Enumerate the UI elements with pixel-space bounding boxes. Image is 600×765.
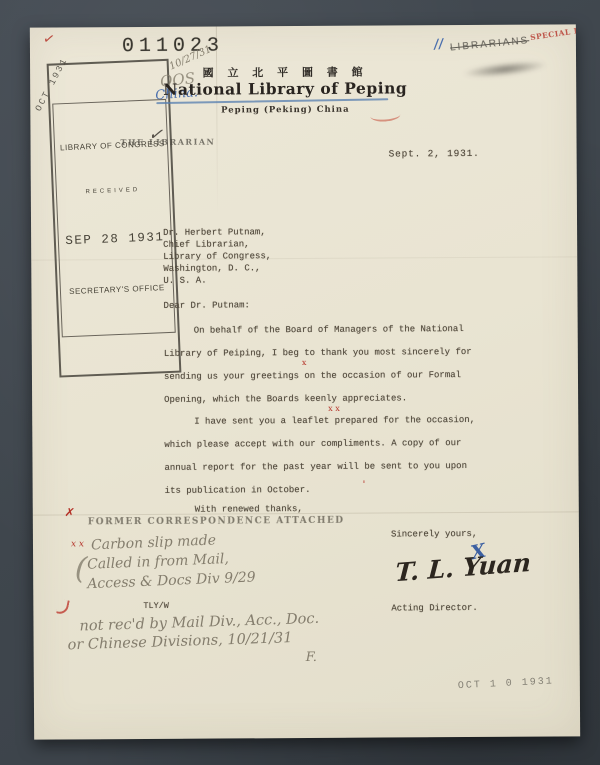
letter-date: Sept. 2, 1931.: [389, 148, 480, 160]
oct-bottom-date-stamp: OCT 1 0 1931: [458, 676, 554, 692]
the-librarian-label: THE LIBRARIAN: [121, 137, 216, 148]
closing-salutation: Sincerely yours,: [391, 529, 477, 540]
red-checkmark: ✓: [41, 31, 56, 49]
loc-stamp-line4: SECRETARY'S OFFICE: [66, 283, 168, 296]
body-line: I have sent you a leaflet prepared for t…: [194, 415, 475, 427]
recipient-line: Dr. Herbert Putnam,: [163, 227, 266, 238]
librarian-check-mark: ✓: [148, 124, 164, 145]
special-file-stamp: SPECIAL FILE: [530, 24, 581, 42]
handwritten-signature: T. L. Yuan: [394, 548, 531, 588]
salutation: Dear Dr. Putnam:: [164, 300, 250, 311]
body-line: Library of Peiping, I beg to thank you m…: [164, 347, 472, 359]
recipient-line: Chief Librarian,: [163, 239, 249, 250]
former-correspondence-stamp: FORMER CORRESPONDENCE ATTACHED: [88, 516, 345, 528]
carbon-note-line: Carbon slip made: [91, 532, 217, 553]
loc-stamp-line3: SEP 28 1931: [64, 230, 166, 248]
body-line: its publication in October.: [165, 485, 311, 496]
body-line: On behalf of the Board of Managers of th…: [194, 324, 464, 336]
letter-page: ✓ OCT 1931 011023 LIBRARY OF CONGRESS RE…: [30, 24, 580, 739]
red-xx-proofmark: x x: [328, 404, 340, 413]
red-x-margin-mark: ✗: [64, 505, 76, 520]
recipient-line: Library of Congress,: [163, 251, 271, 262]
recipient-line: U. S. A.: [163, 276, 206, 286]
typist-initials: TLY/W: [143, 601, 169, 611]
body-line: sending us your greetings on the occasio…: [164, 370, 461, 382]
ink-smudge: [462, 58, 549, 80]
recipient-line: Washington, D. C.,: [163, 263, 260, 274]
body-line: Opening, which the Boards keenly appreci…: [164, 393, 407, 404]
signer-title: Acting Director.: [391, 603, 477, 614]
letterhead-english: National Library of Peping: [150, 78, 420, 99]
red-tick-mark: ': [363, 480, 366, 491]
pencil-initial: F.: [306, 650, 317, 665]
loc-stamp-line2: RECEIVED: [62, 186, 164, 196]
carbon-note-line: Called in from Mail,: [87, 551, 229, 573]
blue-slash-marks: //: [433, 37, 444, 53]
red-x-proofmark: x: [302, 358, 307, 367]
body-line: annual report for the past year will be …: [164, 461, 467, 473]
body-line: which please accept with our compliments…: [164, 438, 461, 450]
carbon-note-line: Access & Docs Div 9/29: [87, 569, 256, 592]
crossed-out-stamp: LIBRARIANS: [450, 35, 530, 53]
red-hook-mark: [56, 599, 70, 616]
red-xx-carbon-mark: x x: [71, 539, 84, 549]
closing-thanks: With renewed thanks,: [195, 504, 303, 515]
